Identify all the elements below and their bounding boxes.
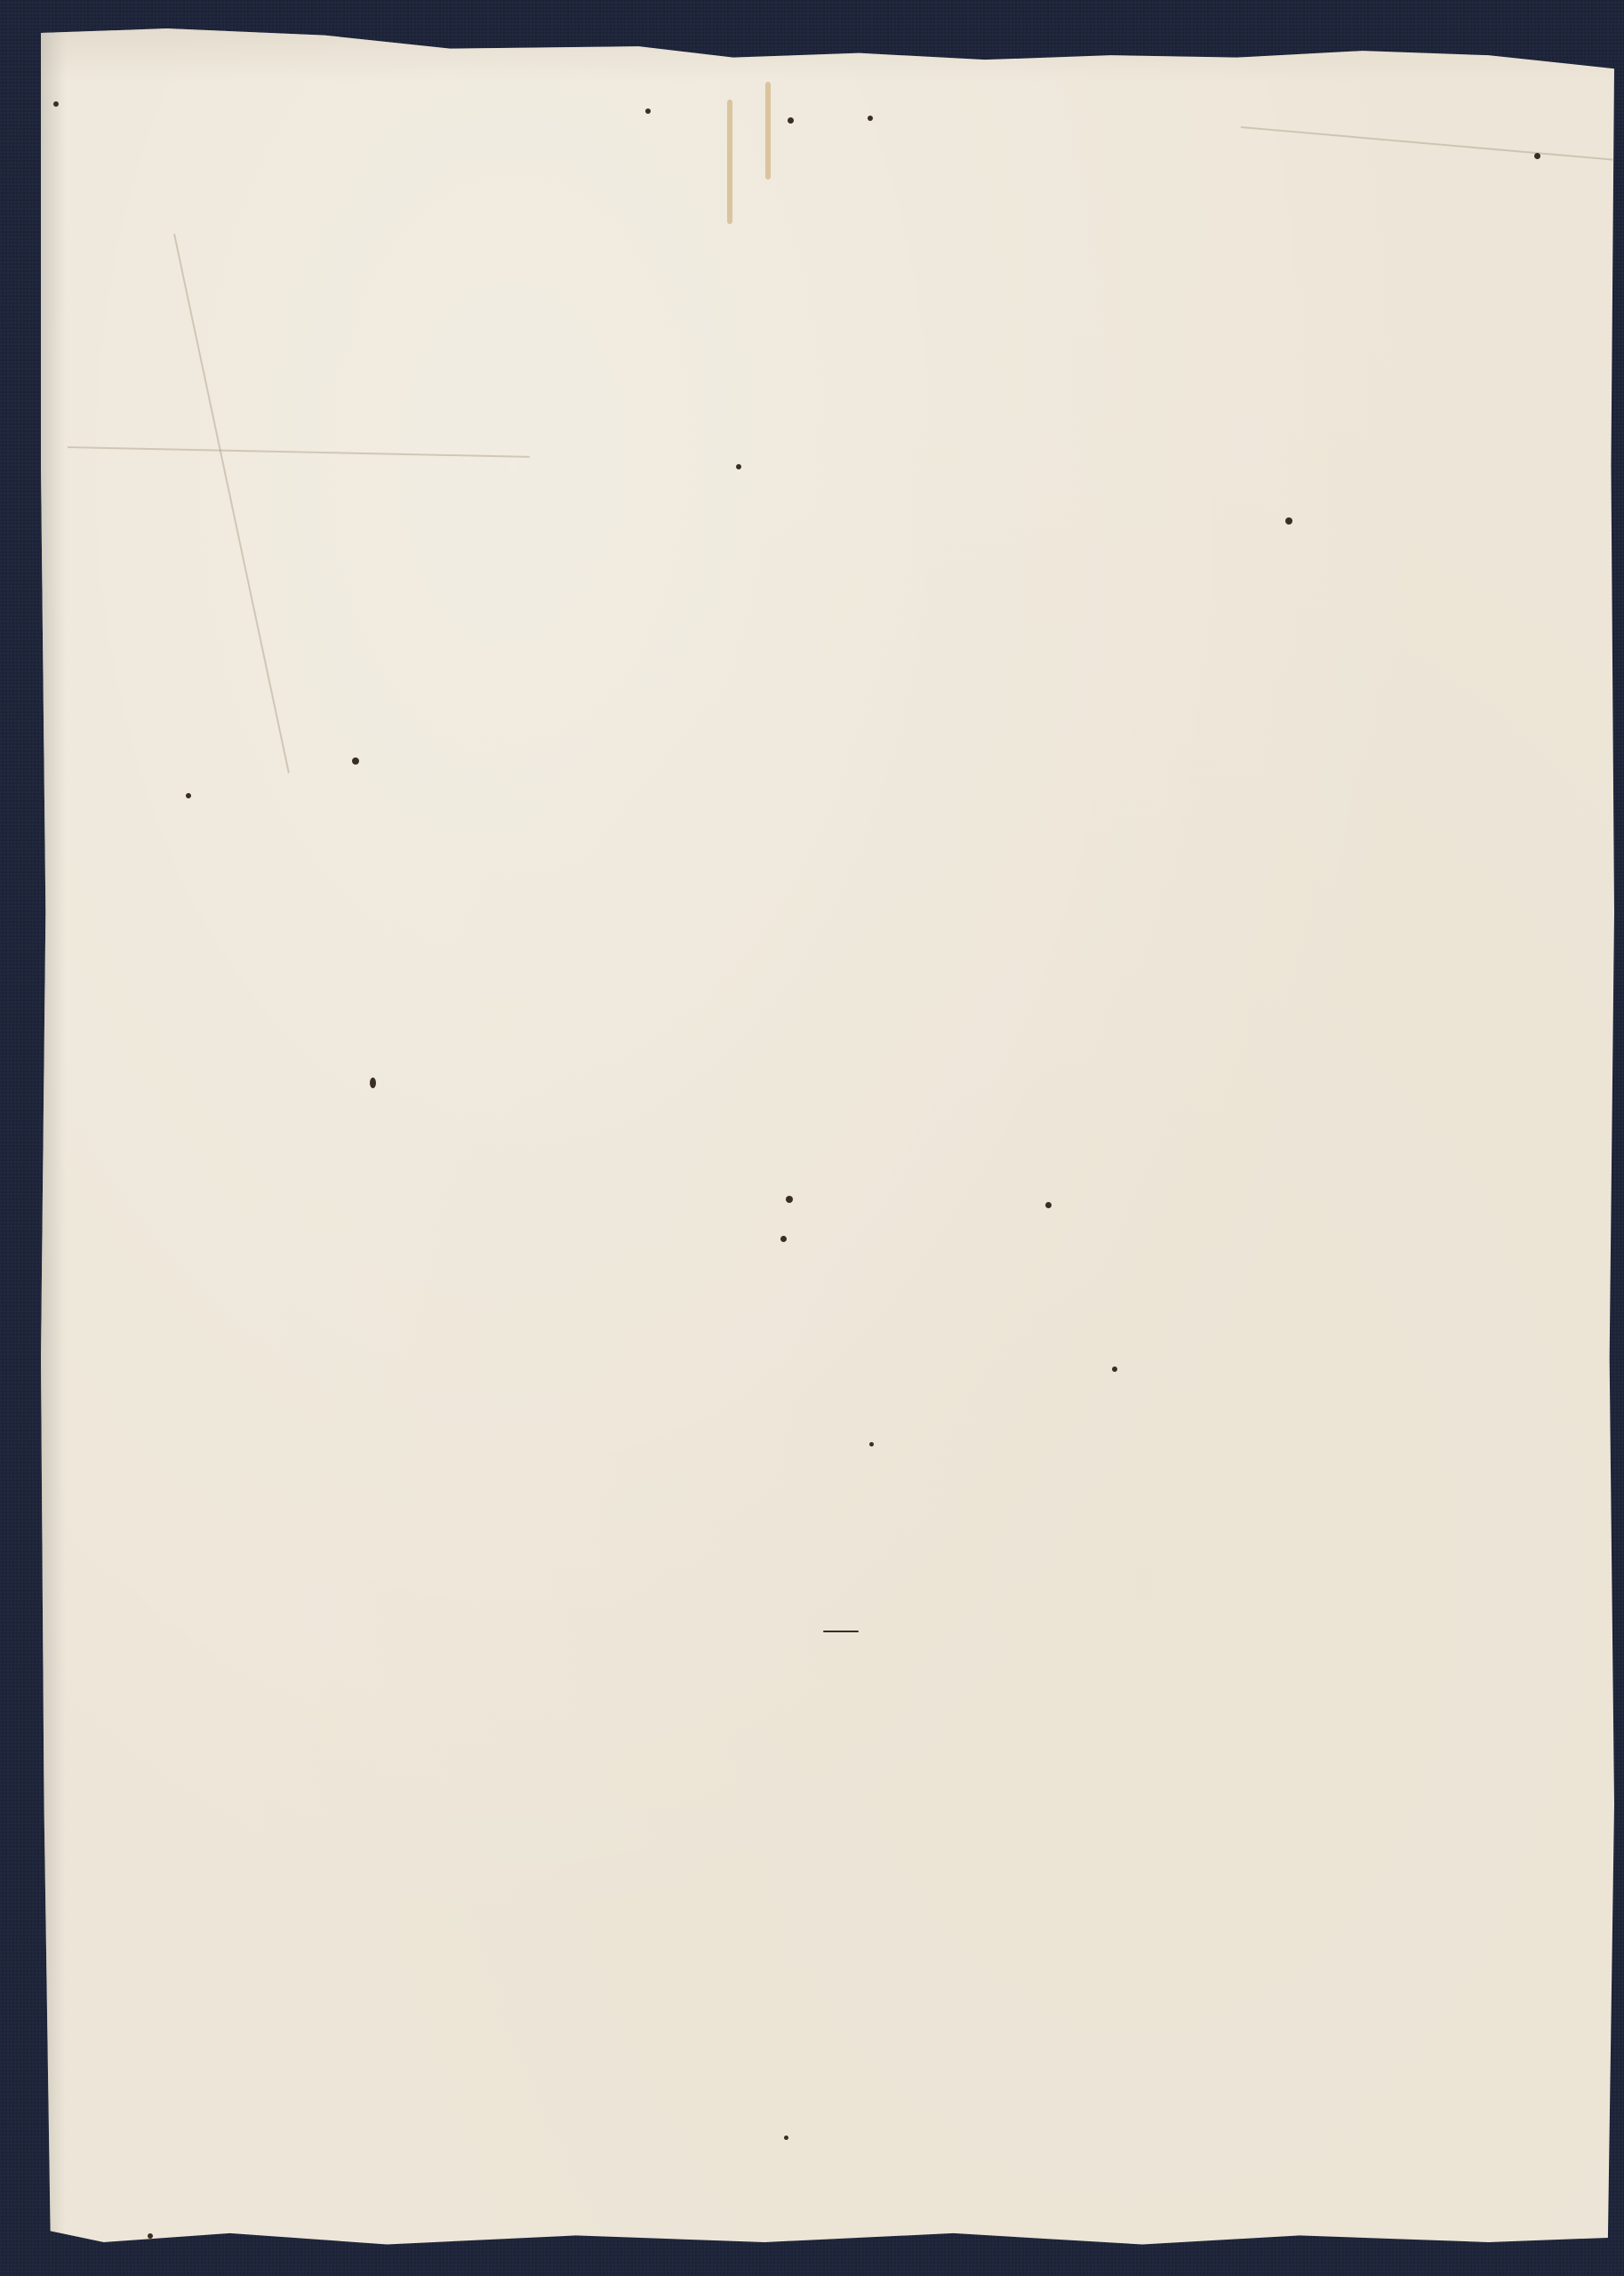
paper-speck <box>786 1196 793 1203</box>
paper-stain <box>765 82 771 180</box>
paper-speck <box>1045 1202 1052 1208</box>
paper-speck <box>780 1236 787 1242</box>
paper-speck <box>788 117 794 124</box>
paper-speck <box>186 793 191 798</box>
paper-stain <box>727 100 732 224</box>
paper-crease <box>68 446 530 458</box>
paper-crease <box>173 234 290 773</box>
paper-crease <box>1241 126 1613 161</box>
paper-speck <box>370 1078 376 1088</box>
paper-speck <box>1285 517 1292 525</box>
paper-speck <box>53 101 59 107</box>
paper-speck <box>1534 153 1540 159</box>
paper-speck <box>823 1631 859 1632</box>
paper-speck <box>148 2233 153 2239</box>
blank-paper-sheet <box>41 20 1614 2251</box>
paper-speck <box>868 116 873 121</box>
paper-speck <box>736 464 741 469</box>
paper-speck <box>1112 1366 1117 1372</box>
paper-speck <box>784 2136 788 2140</box>
paper-speck <box>869 1442 874 1447</box>
paper-speck <box>352 757 359 765</box>
paper-speck <box>645 108 651 114</box>
